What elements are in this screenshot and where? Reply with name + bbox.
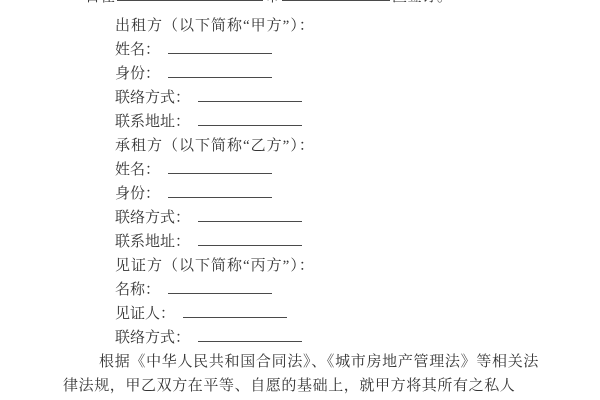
blank-underline xyxy=(198,341,302,342)
field-label: 身份： xyxy=(115,186,160,202)
field-row-lessor-identity: 身份： xyxy=(0,62,600,86)
section-heading-lessee: 承租方（以下简称“乙方”）： xyxy=(0,134,600,158)
field-row-witness-name: 名称： xyxy=(0,278,600,302)
blank-underline xyxy=(183,317,287,318)
field-row-lessee-contact: 联络方式： xyxy=(0,206,600,230)
section-heading-lessor: 出租方（以下简称“甲方”）： xyxy=(0,14,600,38)
field-row-lessor-contact: 联络方式： xyxy=(0,86,600,110)
blank-underline xyxy=(168,53,272,54)
blank-underline xyxy=(168,173,272,174)
blank-underline xyxy=(282,0,390,1)
heading-text: 出租方（以下简称“甲方”）： xyxy=(115,18,315,34)
clipped-text-mid: 市 xyxy=(265,0,280,5)
heading-text: 见证方（以下简称“丙方”）： xyxy=(115,258,315,274)
field-label: 联络方式： xyxy=(115,330,190,346)
clipped-text-left: 日在 xyxy=(85,0,115,5)
clipped-text-right: 区签订。 xyxy=(392,0,452,5)
field-row-lessee-name: 姓名： xyxy=(0,158,600,182)
heading-text: 承租方（以下简称“乙方”）： xyxy=(115,138,315,154)
blank-underline xyxy=(168,293,272,294)
blank-underline xyxy=(198,125,302,126)
field-row-lessee-identity: 身份： xyxy=(0,182,600,206)
contract-document-page: 日在市区签订。 出租方（以下简称“甲方”）： 姓名： 身份： 联络方式： 联系地… xyxy=(0,0,600,400)
field-label: 名称： xyxy=(115,282,160,298)
blank-underline xyxy=(198,101,302,102)
blank-underline xyxy=(198,221,302,222)
blank-underline xyxy=(168,77,272,78)
field-label: 姓名： xyxy=(115,42,160,58)
field-row-lessee-address: 联系地址： xyxy=(0,230,600,254)
legal-basis-paragraph: 根据《中华人民共和国合同法》、《城市房地产管理法》等相关法律法规，甲乙双方在平等… xyxy=(63,350,539,398)
blank-underline xyxy=(117,0,263,1)
clipped-top-line: 日在市区签订。 xyxy=(85,0,452,9)
field-row-lessor-address: 联系地址： xyxy=(0,110,600,134)
field-label: 联系地址： xyxy=(115,234,190,250)
blank-underline xyxy=(198,245,302,246)
field-row-lessor-name: 姓名： xyxy=(0,38,600,62)
field-label: 联络方式： xyxy=(115,90,190,106)
field-label: 姓名： xyxy=(115,162,160,178)
field-label: 见证人： xyxy=(115,306,175,322)
field-label: 联系地址： xyxy=(115,114,190,130)
field-row-witness-contact: 联络方式： xyxy=(0,326,600,350)
blank-underline xyxy=(168,197,272,198)
field-label: 联络方式： xyxy=(115,210,190,226)
field-row-witness-person: 见证人： xyxy=(0,302,600,326)
field-label: 身份： xyxy=(115,66,160,82)
section-heading-witness: 见证方（以下简称“丙方”）： xyxy=(0,254,600,278)
